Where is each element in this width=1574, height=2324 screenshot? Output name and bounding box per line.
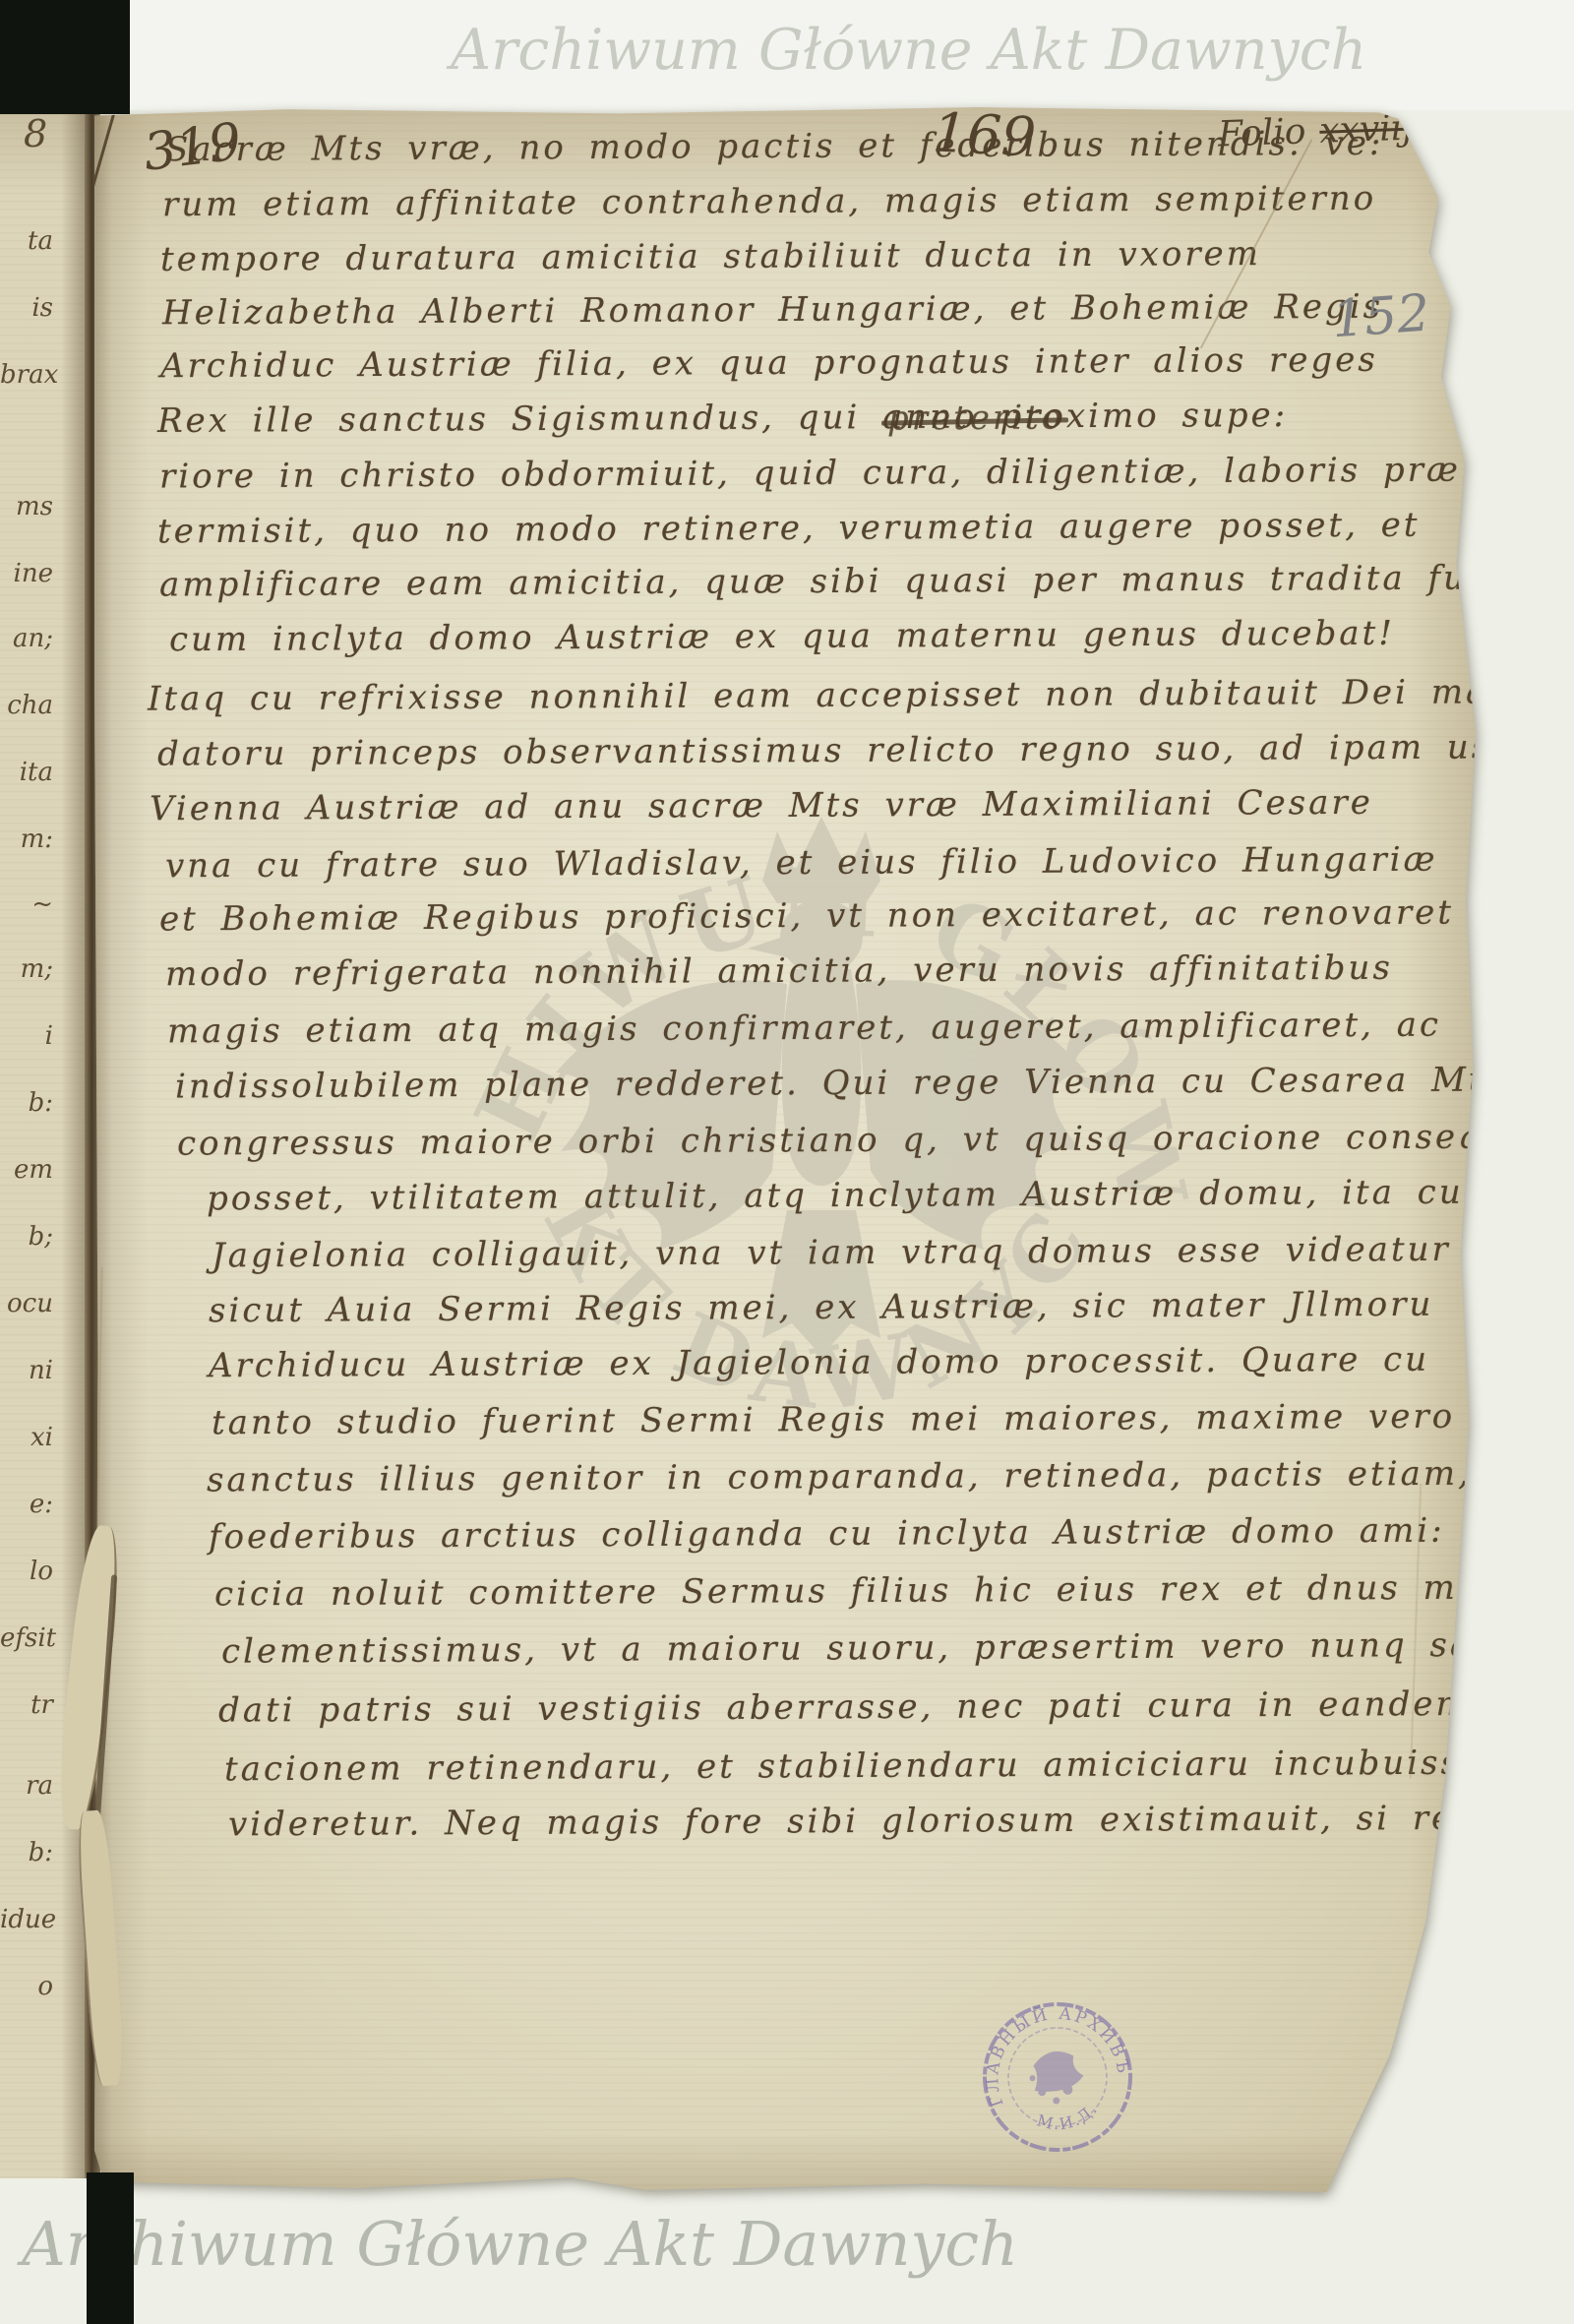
manuscript-line: sanctus illius genitor in comparanda, re… [207,1456,1476,1497]
text-fragment: an; [0,626,53,651]
manuscript-line: termisit, quo no modo retinere, verumeti… [157,509,1421,549]
folio-annotation: Folioxxviij [1217,111,1414,153]
manuscript-line: datoru princeps observantissimus relicto… [157,730,1476,770]
manuscript-line: indissolubilem plane redderet. Qui rege … [175,1063,1476,1103]
text-fragment: tr [0,1692,53,1718]
binding-spine-strip [87,2172,134,2324]
folio-label: Folio [1217,111,1306,154]
text-fragment: brax [0,362,53,388]
text-fragment: idue [0,1907,53,1932]
manuscript-line: amplificare eam amicitia, quæ sibi quasi… [159,561,1476,601]
text-fragment: ine [0,561,53,586]
text-fragment: m: [0,826,53,852]
handwriting-layer: Sacræ Mts vræ, no modo pactis et federib… [94,106,1476,2192]
manuscript-line: Itaq cu refrixisse nonnihil eam accepiss… [148,675,1476,715]
text-fragment: lo [0,1559,53,1584]
facing-page-number: 8 [24,112,47,155]
text-fragment: b: [0,1090,53,1116]
manuscript-line: magis etiam atq magis confirmaret, auger… [167,1009,1441,1049]
pencil-number-annotation: 152 [1330,288,1431,346]
manuscript-line: tempore duratura amicitia stabiliuit duc… [160,237,1261,276]
text-fragment: ita [0,760,53,785]
text-fragment: xi [0,1425,53,1450]
manuscript-line: posset, vtilitatem attulit, atq inclytam… [207,1176,1476,1216]
manuscript-line: tacionem retinendaru, et stabiliendaru a… [224,1746,1476,1787]
text-fragment: b: [0,1840,53,1865]
manuscript-line: Archiducu Austriæ ex Jagielonia domo pro… [209,1343,1429,1382]
archival-scan-viewport: Archiwum Główne Akt Dawnych Archiwum Głó… [0,0,1574,2324]
manuscript-line: sicut Auia Sermi Regis mei, ex Austriæ, … [209,1288,1433,1328]
manuscript-line: modo refrigerata nonnihil amicitia, veru… [165,951,1393,992]
manuscript-line: congressus maiore orbi christiano q, vt … [177,1120,1476,1160]
manuscript-line: Sacræ Mts vræ, no modo pactis et federib… [165,127,1384,166]
manuscript-line: Vienna Austriæ ad anu sacræ Mts vræ Maxi… [150,786,1373,826]
manuscript-line: Archiduc Austriæ filia, ex qua prognatus… [160,343,1378,383]
manuscript-line: foederibus arctius colliganda cu inclyta… [209,1514,1445,1555]
text-fragment: e: [0,1492,53,1517]
scan-background [0,0,1574,110]
text-fragment: efsit [0,1625,53,1651]
manuscript-line: dati patris sui vestigiis aberrasse, nec… [218,1686,1476,1727]
center-number-annotation: 169 [932,106,1038,165]
manuscript-line: et Bohemiæ Regibus proficisci, vt non ex… [159,896,1454,937]
paper-crease [95,1267,102,1562]
folio-number-struck: xxviij [1319,108,1415,152]
page-number-annotation: 319 [141,116,244,179]
manuscript-line: clementissimus, vt a maioru suoru, præse… [221,1627,1476,1668]
manuscript-line: Rex ille sanctus Sigismundus, qui anno p… [157,398,1288,438]
text-fragment: is [0,295,53,321]
manuscript-line: cum inclyta domo Austriæ ex qua maternu … [169,617,1395,657]
binding-corner [0,0,130,114]
ink-flourish-stroke [94,108,117,243]
text-fragment: o [0,1974,53,1999]
text-fragment: m; [0,956,53,982]
manuscript-line: riore in christo obdormiuit, quid cura, … [159,453,1476,493]
text-fragment: ocu [0,1291,53,1316]
manuscript-page: ARCHIWUM GŁÓWNE AKT DAWNYCH [94,106,1476,2192]
manuscript-line: cicia noluit comittere Sermus filius hic… [214,1571,1476,1612]
manuscript-line: tanto studio fuerint Sermi Regis mei mai… [212,1400,1455,1440]
text-fragment: b; [0,1224,53,1250]
text-fragment: ni [0,1358,53,1383]
manuscript-paper: ARCHIWUM GŁÓWNE AKT DAWNYCH [94,106,1476,2192]
manuscript-line: Helizabetha Alberti Romanor Hungariæ, et… [162,290,1383,330]
text-fragment: i [0,1023,53,1049]
text-fragment: ta [0,228,53,254]
manuscript-line: Jagielonia colligauit, vna vt iam vtraq … [212,1232,1476,1272]
text-fragment: ms [0,494,53,520]
archive-watermark-bottom: Archiwum Główne Akt Dawnych [22,2208,1018,2280]
manuscript-line: videretur. Neq magis fore sibi gloriosum… [228,1802,1476,1842]
text-fragment: ~ [0,891,53,917]
manuscript-line: rum etiam affinitate contrahenda, magis … [162,182,1376,221]
text-fragment: ra [0,1773,53,1799]
manuscript-line: vna cu fratre suo Wladislav, et eius fil… [165,843,1438,884]
text-fragment: em [0,1157,53,1183]
text-fragment: cha [0,693,53,718]
